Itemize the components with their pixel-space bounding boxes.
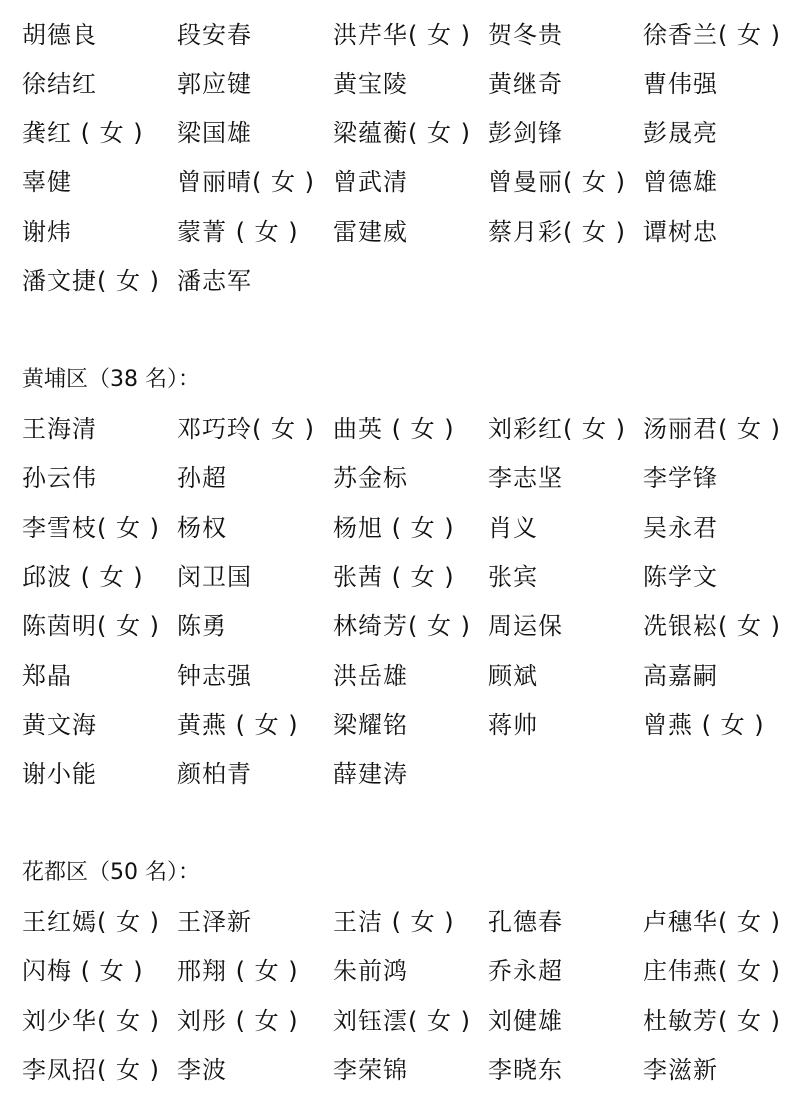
name-row: 王海清 邓巧玲( 女 ) 曲英 ( 女 ) 刘彩红( 女 ) 汤丽君( 女 ) <box>0 409 800 449</box>
name-row: 邱波 ( 女 ) 闵卫国 张茜 ( 女 ) 张宾 陈学文 <box>0 557 800 597</box>
name-cell: 蒙菁 ( 女 ) <box>177 212 299 252</box>
name-cell: 辜健 <box>22 162 72 202</box>
name-cell: 李滋新 <box>643 1050 718 1090</box>
name-cell: 曹伟强 <box>643 64 718 104</box>
name-row: 李雪枝( 女 ) 杨权 杨旭 ( 女 ) 肖义 吴永君 <box>0 508 800 548</box>
name-cell: 孙超 <box>177 458 227 498</box>
name-row: 郑晶 钟志强 洪岳雄 顾斌 高嘉嗣 <box>0 656 800 696</box>
name-cell: 王洁 ( 女 ) <box>333 902 455 942</box>
name-cell: 张茜 ( 女 ) <box>333 557 455 597</box>
name-cell: 徐香兰( 女 ) <box>643 15 781 55</box>
name-cell: 洪芹华( 女 ) <box>333 15 471 55</box>
name-cell: 曾丽晴( 女 ) <box>177 162 315 202</box>
name-cell: 陈勇 <box>177 606 227 646</box>
name-cell: 李志坚 <box>488 458 563 498</box>
name-cell: 闪梅 ( 女 ) <box>22 951 144 991</box>
name-cell: 黄燕 ( 女 ) <box>177 705 299 745</box>
name-cell: 谭树忠 <box>643 212 718 252</box>
name-cell: 李波 <box>177 1050 227 1090</box>
name-cell: 刘少华( 女 ) <box>22 1001 160 1041</box>
name-row: 李凤招( 女 ) 李波 李荣锦 李晓东 李滋新 <box>0 1050 800 1090</box>
name-row: 龚红 ( 女 ) 梁国雄 梁蕴蘅( 女 ) 彭剑锋 彭晟亮 <box>0 113 800 153</box>
name-cell: 彭剑锋 <box>488 113 563 153</box>
name-cell: 薛建涛 <box>333 754 408 794</box>
name-cell: 孔德春 <box>488 902 563 942</box>
name-cell: 李学锋 <box>643 458 718 498</box>
name-row: 闪梅 ( 女 ) 邢翔 ( 女 ) 朱前鸿 乔永超 庄伟燕( 女 ) <box>0 951 800 991</box>
name-cell: 陈茵明( 女 ) <box>22 606 160 646</box>
name-cell: 闵卫国 <box>177 557 252 597</box>
name-cell: 谢小能 <box>22 754 97 794</box>
name-cell: 卢穗华( 女 ) <box>643 902 781 942</box>
name-cell: 曾燕 ( 女 ) <box>643 705 765 745</box>
name-cell: 李雪枝( 女 ) <box>22 508 160 548</box>
name-row: 刘少华( 女 ) 刘彤 ( 女 ) 刘钰澐( 女 ) 刘健雄 杜敏芳( 女 ) <box>0 1001 800 1041</box>
name-row: 谢小能 颜柏青 薛建涛 <box>0 754 800 794</box>
section-heading-huangpu: 黄埔区（38 名）： <box>22 360 200 400</box>
name-cell: 段安春 <box>177 15 252 55</box>
name-cell: 张宾 <box>488 557 538 597</box>
name-cell: 乔永超 <box>488 951 563 991</box>
name-cell: 潘志军 <box>177 261 252 301</box>
name-cell: 蒋帅 <box>488 705 538 745</box>
name-cell: 李荣锦 <box>333 1050 408 1090</box>
name-cell: 潘文捷( 女 ) <box>22 261 160 301</box>
name-cell: 王红嫣( 女 ) <box>22 902 160 942</box>
name-cell: 颜柏青 <box>177 754 252 794</box>
name-cell: 曾曼丽( 女 ) <box>488 162 626 202</box>
name-cell: 庄伟燕( 女 ) <box>643 951 781 991</box>
name-cell: 邱波 ( 女 ) <box>22 557 144 597</box>
name-row: 陈茵明( 女 ) 陈勇 林绮芳( 女 ) 周运保 冼银崧( 女 ) <box>0 606 800 646</box>
name-row: 胡德良 段安春 洪芹华( 女 ) 贺冬贵 徐香兰( 女 ) <box>0 15 800 55</box>
name-row: 徐结红 郭应键 黄宝陵 黄继奇 曹伟强 <box>0 64 800 104</box>
name-row: 黄文海 黄燕 ( 女 ) 梁耀铭 蒋帅 曾燕 ( 女 ) <box>0 705 800 745</box>
name-cell: 刘钰澐( 女 ) <box>333 1001 471 1041</box>
name-cell: 梁蕴蘅( 女 ) <box>333 113 471 153</box>
name-cell: 汤丽君( 女 ) <box>643 409 781 449</box>
name-cell: 钟志强 <box>177 656 252 696</box>
name-cell: 郑晶 <box>22 656 72 696</box>
name-cell: 谢炜 <box>22 212 72 252</box>
name-cell: 李凤招( 女 ) <box>22 1050 160 1090</box>
name-cell: 肖义 <box>488 508 538 548</box>
name-cell: 梁国雄 <box>177 113 252 153</box>
name-cell: 陈学文 <box>643 557 718 597</box>
name-cell: 王海清 <box>22 409 97 449</box>
name-row: 孙云伟 孙超 苏金标 李志坚 李学锋 <box>0 458 800 498</box>
name-cell: 胡德良 <box>22 15 97 55</box>
name-cell: 孙云伟 <box>22 458 97 498</box>
name-cell: 刘彩红( 女 ) <box>488 409 626 449</box>
name-row: 潘文捷( 女 ) 潘志军 <box>0 261 800 301</box>
name-cell: 郭应键 <box>177 64 252 104</box>
name-cell: 雷建威 <box>333 212 408 252</box>
name-cell: 贺冬贵 <box>488 15 563 55</box>
name-cell: 龚红 ( 女 ) <box>22 113 144 153</box>
name-cell: 杨权 <box>177 508 227 548</box>
name-cell: 杨旭 ( 女 ) <box>333 508 455 548</box>
name-cell: 邓巧玲( 女 ) <box>177 409 315 449</box>
name-cell: 周运保 <box>488 606 563 646</box>
name-cell: 蔡月彩( 女 ) <box>488 212 626 252</box>
name-cell: 洪岳雄 <box>333 656 408 696</box>
name-cell: 黄文海 <box>22 705 97 745</box>
name-cell: 邢翔 ( 女 ) <box>177 951 299 991</box>
name-cell: 曲英 ( 女 ) <box>333 409 455 449</box>
name-cell: 林绮芳( 女 ) <box>333 606 471 646</box>
name-cell: 彭晟亮 <box>643 113 718 153</box>
name-cell: 黄继奇 <box>488 64 563 104</box>
name-row: 谢炜 蒙菁 ( 女 ) 雷建威 蔡月彩( 女 ) 谭树忠 <box>0 212 800 252</box>
name-cell: 刘健雄 <box>488 1001 563 1041</box>
name-cell: 梁耀铭 <box>333 705 408 745</box>
name-cell: 李晓东 <box>488 1050 563 1090</box>
name-row: 王红嫣( 女 ) 王泽新 王洁 ( 女 ) 孔德春 卢穗华( 女 ) <box>0 902 800 942</box>
name-cell: 高嘉嗣 <box>643 656 718 696</box>
name-cell: 吴永君 <box>643 508 718 548</box>
name-cell: 刘彤 ( 女 ) <box>177 1001 299 1041</box>
name-cell: 冼银崧( 女 ) <box>643 606 781 646</box>
section-heading-huadu: 花都区（50 名）： <box>22 853 200 893</box>
name-cell: 苏金标 <box>333 458 408 498</box>
name-cell: 杜敏芳( 女 ) <box>643 1001 781 1041</box>
name-cell: 曾德雄 <box>643 162 718 202</box>
name-cell: 朱前鸿 <box>333 951 408 991</box>
name-cell: 徐结红 <box>22 64 97 104</box>
name-cell: 王泽新 <box>177 902 252 942</box>
name-row: 辜健 曾丽晴( 女 ) 曾武清 曾曼丽( 女 ) 曾德雄 <box>0 162 800 202</box>
name-cell: 黄宝陵 <box>333 64 408 104</box>
name-cell: 顾斌 <box>488 656 538 696</box>
name-cell: 曾武清 <box>333 162 408 202</box>
